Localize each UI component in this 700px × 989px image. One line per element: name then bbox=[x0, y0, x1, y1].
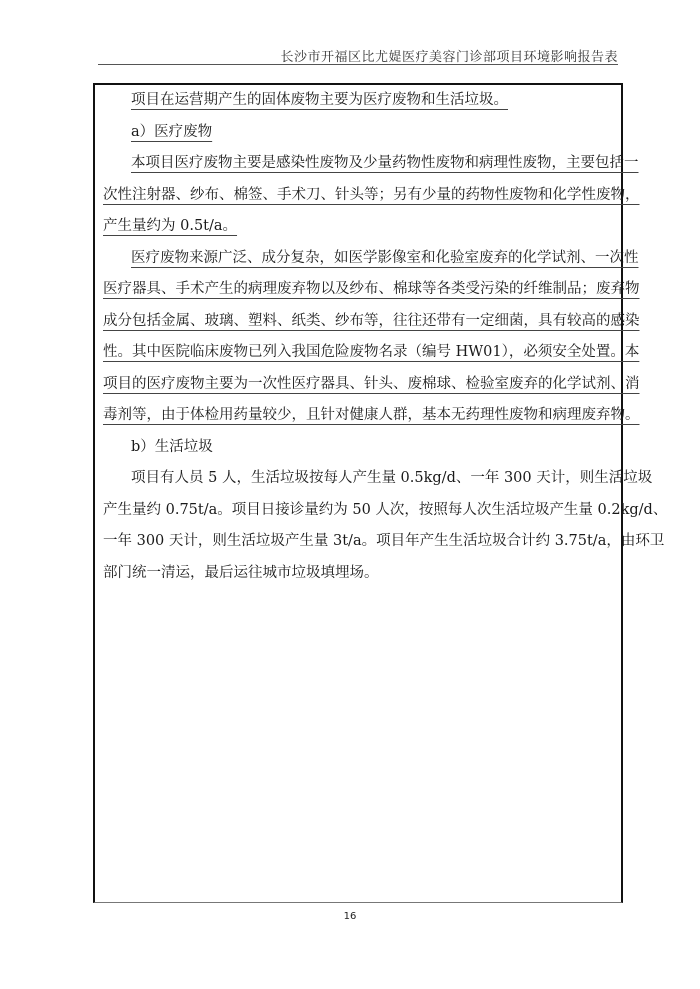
text-line: 项目有人员 5 人，生活垃圾按每人产生量 0.5kg/d、一年 300 天计，则… bbox=[95, 463, 625, 495]
text-line: 次性注射器、纱布、棉签、手术刀、针头等；另有少量的药物性废物和化学性废物， bbox=[103, 187, 640, 203]
section-a-heading: a）医疗废物 bbox=[131, 124, 212, 140]
text-line: 医疗器具、手术产生的病理废弃物以及纱布、棉球等各类受污染的纤维制品；废弃物 bbox=[103, 281, 640, 297]
text-line: 项目的医疗废物主要为一次性医疗器具、针头、废棉球、检验室废弃的化学试剂、消 bbox=[103, 376, 640, 392]
text-line: 部门统一清运，最后运往城市垃圾填埋场。 bbox=[95, 558, 625, 590]
content-box: 项目在运营期产生的固体废物主要为医疗废物和生活垃圾。 a）医疗废物 本项目医疗废… bbox=[93, 83, 623, 903]
text-line: 产生量约 0.75t/a。项目日接诊量约为 50 人次，按照每人次生活垃圾产生量… bbox=[95, 495, 625, 527]
header-rule bbox=[98, 64, 618, 65]
text-line: 产生量约为 0.5t/a。 bbox=[103, 218, 237, 234]
intro-text: 项目在运营期产生的固体废物主要为医疗废物和生活垃圾。 bbox=[131, 92, 508, 108]
section-b-heading: b）生活垃圾 bbox=[95, 432, 625, 464]
section-b: b）生活垃圾 项目有人员 5 人，生活垃圾按每人产生量 0.5kg/d、一年 3… bbox=[95, 432, 625, 590]
text-line: 成分包括金属、玻璃、塑料、纸类、纱布等，往往还带有一定细菌，具有较高的感染 bbox=[103, 313, 640, 329]
page-number: 16 bbox=[0, 911, 700, 922]
text-line: 性。其中医院临床废物已列入我国危险废物名录（编号 HW01），必须安全处置。本 bbox=[103, 344, 639, 360]
text-line: 本项目医疗废物主要是感染性废物及少量药物性废物和病理性废物，主要包括一 bbox=[131, 155, 639, 171]
section-a-paragraph-2: 医疗废物来源广泛、成分复杂，如医学影像室和化验室废弃的化学试剂、一次性 医疗器具… bbox=[95, 243, 625, 432]
text-line: 医疗废物来源广泛、成分复杂，如医学影像室和化验室废弃的化学试剂、一次性 bbox=[131, 250, 639, 266]
intro-paragraph: 项目在运营期产生的固体废物主要为医疗废物和生活垃圾。 a）医疗废物 bbox=[95, 85, 625, 148]
page-header-title: 长沙市开福区比尤媞医疗美容门诊部项目环境影响报告表 bbox=[280, 46, 618, 65]
text-line: 一年 300 天计，则生活垃圾产生量 3t/a。项目年产生生活垃圾合计约 3.7… bbox=[95, 526, 625, 558]
section-a-paragraph-1: 本项目医疗废物主要是感染性废物及少量药物性废物和病理性废物，主要包括一 次性注射… bbox=[95, 148, 625, 243]
text-line: 毒剂等，由于体检用药量较少，且针对健康人群，基本无药理性废物和病理废弃物。 bbox=[103, 407, 640, 423]
